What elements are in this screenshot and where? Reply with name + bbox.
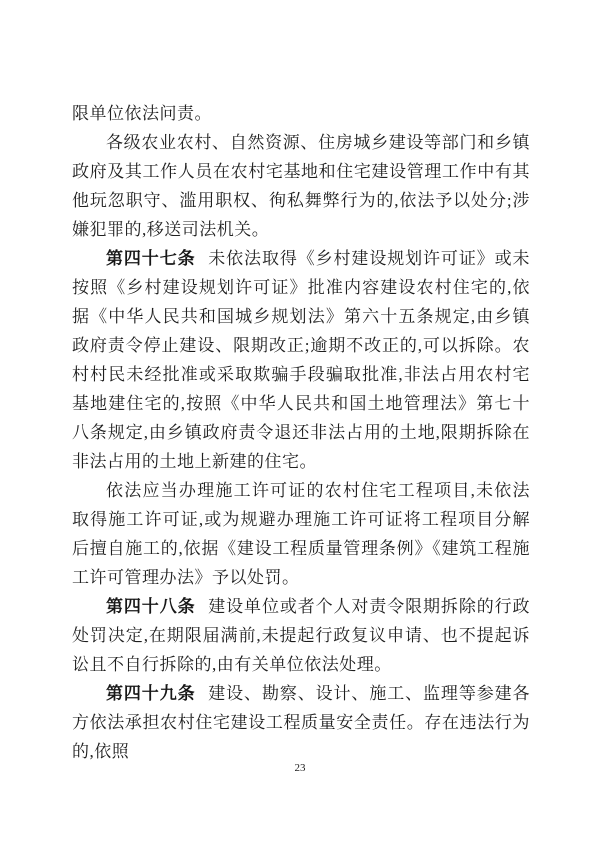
paragraph-text: 限单位依法问责。: [72, 104, 212, 123]
document-body: 限单位依法问责。 各级农业农村、自然资源、住房城乡建设等部门和乡镇政府及其工作人…: [72, 99, 530, 766]
paragraph-article-48: 第四十八条建设单位或者个人对责令限期拆除的行政处罚决定,在期限届满前,未提起行政…: [72, 592, 530, 679]
paragraph-article-49: 第四十九条建设、勘察、设计、施工、监理等参建各方依法承担农村住宅建设工程质量安全…: [72, 679, 530, 766]
document-page: 限单位依法问责。 各级农业农村、自然资源、住房城乡建设等部门和乡镇政府及其工作人…: [0, 0, 600, 848]
paragraph-construction-permit: 依法应当办理施工许可证的农村住宅工程项目,未依法取得施工许可证,或为规避办理施工…: [72, 476, 530, 592]
article-48-number: 第四十八条: [106, 597, 196, 616]
paragraph-article-47: 第四十七条未依法取得《乡村建设规划许可证》或未按照《乡村建设规划许可证》批准内容…: [72, 244, 530, 476]
paragraph-continuation: 限单位依法问责。: [72, 99, 530, 128]
paragraph-text: 依法应当办理施工许可证的农村住宅工程项目,未依法取得施工许可证,或为规避办理施工…: [72, 481, 530, 587]
article-49-number: 第四十九条: [106, 684, 196, 703]
page-number: 23: [0, 762, 600, 774]
paragraph-text: 未依法取得《乡村建设规划许可证》或未按照《乡村建设规划许可证》批准内容建设农村住…: [72, 249, 530, 471]
paragraph-accountability: 各级农业农村、自然资源、住房城乡建设等部门和乡镇政府及其工作人员在农村宅基地和住…: [72, 128, 530, 244]
article-47-number: 第四十七条: [106, 249, 196, 268]
paragraph-text: 各级农业农村、自然资源、住房城乡建设等部门和乡镇政府及其工作人员在农村宅基地和住…: [72, 133, 530, 239]
